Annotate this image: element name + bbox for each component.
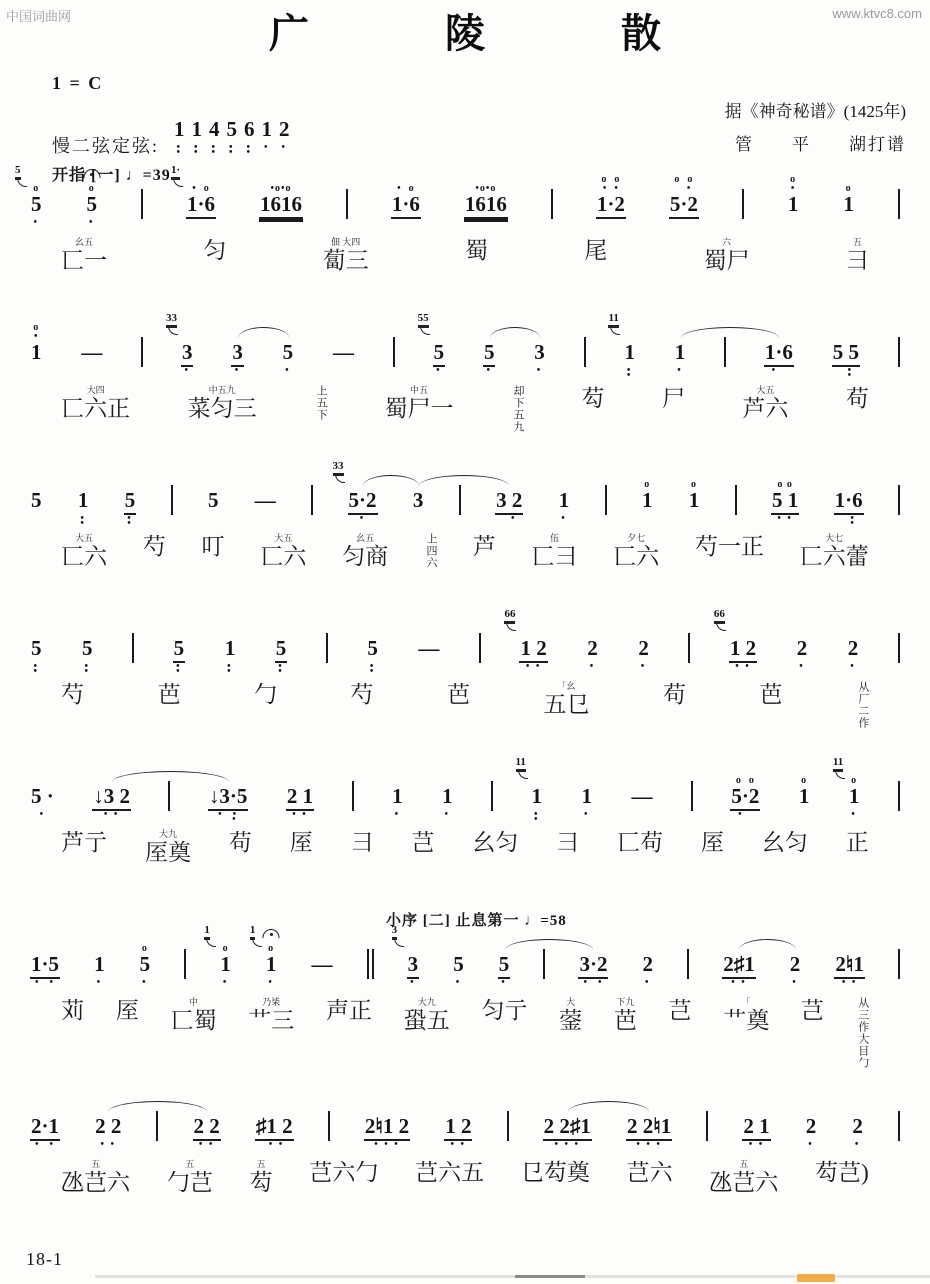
jianpu-note: 2♮1 2• • • [364,1093,410,1155]
jianpu-note: 1•• [77,467,90,529]
tablature-glyph: 尸 [662,385,685,412]
jianpu-note: 5 ·• [30,763,55,825]
tablature-annotation: 大五 [274,533,292,543]
guqin-tablature-line: 大四匸六正中五九菜匀三上五下中五蜀尸一却下五九芶尸大五芦六苟 [61,385,869,443]
jianpu-note: 3•3 [407,931,420,993]
tablature-glyph: 叮 [202,533,225,560]
octave-marks-below: • • [100,1139,116,1155]
note-value: ↓3 2 [92,785,131,809]
note-value: 5·2 [730,785,760,809]
note-value: 2 [805,1115,818,1139]
tablature-glyph: 匀 [203,237,226,264]
tablature-glyph: 厔 [701,829,724,856]
note-value: — [630,785,653,809]
jianpu-note: 2 1• • [742,1093,770,1155]
tablature-side-note: 却下五九 [511,385,524,433]
octave-marks-below: •• [534,809,540,825]
tablature-glyph: 芑六五 [415,1159,484,1186]
note-value: 1 [842,193,855,217]
octave-marks-below: •• [177,142,183,158]
note-value: 3 [231,341,244,365]
note-value: 3 [181,341,194,365]
tablature-glyph: 佃 大四蔔三 [323,237,369,274]
tablature-glyph: 幺匀 [472,829,518,856]
octave-marks-below: • [360,513,366,529]
octave-marks-below: •• [278,661,284,677]
octave-marks-below: • • [35,977,55,993]
tablature-glyph: 苟 [663,681,686,708]
note-value: 2·1 [30,1115,60,1139]
jianpu-note: ↓3 2• • [92,763,131,825]
tablature-glyph: 芑 [801,997,824,1024]
grace-note: 33 [166,313,177,326]
tablature-glyph: 中匸蜀 [171,997,217,1034]
tablature-annotation: 大 [566,997,575,1007]
jianpu-note: • o1·6 [391,171,421,233]
octave-marks-below: • • • [554,1139,580,1155]
octave-marks-below: • [97,977,103,993]
jianpu-note: •o•o1616 [464,171,508,233]
jianpu-note: 5• [282,319,295,381]
tablature-glyph: 大九蛩五 [404,997,450,1034]
jianpu-note: ♯1 2 • • [255,1093,294,1155]
note-value: 5 [85,193,98,217]
jianpu-line: o•1—3•333•5•—5•555•3•1••111•1·6• 5 5 • • [26,317,904,381]
jianpu-note: o o5·2• [730,763,760,825]
octave-marks-below: •• [80,513,86,529]
note-value: 5 [483,341,496,365]
octave-marks-below: • [410,977,416,993]
note-value: 1·6 [764,341,794,365]
octave-marks-below: •• [85,661,91,677]
jianpu-note: 1• [558,467,571,529]
barline [584,337,586,367]
jianpu-note: 5•• [275,615,288,677]
tablature-glyph: 芭 [158,681,181,708]
jianpu-line: o5•5o5•• o1·61·•o•o1616• o1·6•o•o1616o o… [26,169,904,233]
tablature-annotation: 伍 [550,533,559,543]
tablature-annotation: 五 [257,1159,266,1169]
music-system: 2·1• •2 2• •2 2• •♯1 2 • •2♮1 2• • •1 2•… [26,1091,904,1217]
octave-marks-below: • [89,217,95,233]
octave-marks-below: • [501,977,507,993]
octave-marks-below: • • [35,1139,55,1155]
jianpu-note: o1•1 [219,931,232,993]
jianpu-note: 1• [93,931,106,993]
jianpu-note: • o1·61· [186,171,216,233]
jianpu-note: 1•• [173,96,186,158]
tablature-annotation: 佃 大四 [331,237,360,247]
music-system: o•1—3•333•5•—5•555•3•1••111•1·6• 5 5 • •… [26,317,904,443]
barline [141,337,143,367]
note-value: 6 [243,118,256,142]
jianpu-note: 2• [796,615,809,677]
note-value: 1 [641,489,654,513]
tablature-annotation: 幺五 [75,237,93,247]
tablature-annotation: 五 [185,1159,194,1169]
tablature-annotation: 大七 [825,533,843,543]
tablature-glyph: 蜀 [465,237,488,264]
tablature-annotation: 幺五 [356,533,374,543]
barline [706,1111,708,1141]
note-value: 2♮1 [834,953,865,977]
octave-marks-below: • • • [218,809,238,825]
barline [479,633,481,663]
jianpu-note: 1•• [224,615,237,677]
note-value: 5 [81,637,94,661]
grace-note: 11 [833,757,843,770]
note-value: 5 [282,341,295,365]
tablature-glyph: 尾 [584,237,607,264]
music-system: 5 ·•↓3 2• •↓3·5• • •2 1• •1•1•1••111•—o … [26,761,904,887]
octave-marks-below: •• [127,513,133,529]
jianpu-note: 4•• [208,96,221,158]
octave-marks-below: • • [292,809,308,825]
barline [491,781,493,811]
barline [393,337,395,367]
jianpu-note: o•1 [30,319,43,381]
octave-marks-below: • • [526,661,542,677]
note-value: 2 [278,118,291,142]
barline [132,633,134,663]
tablature-side-note: 上四六 [424,533,437,569]
jianpu-note: 2• [789,931,802,993]
transcriber-text: 管 平 湖打谱 [725,130,906,155]
jianpu-note: ↓3·5• • • [208,763,249,825]
jianpu-note: 1·5• • [30,931,60,993]
octave-marks-below: •• [229,142,235,158]
note-value: ↓3·5 [208,785,249,809]
jianpu-note: o5• [85,171,98,233]
octave-marks-below: • [33,217,39,233]
tablature-glyph: 幺五匸一 [61,237,107,274]
jianpu-note: 5•• [366,615,379,677]
octave-marks-below: • [223,977,229,993]
tablature-glyph: 五氹芑六 [709,1159,778,1196]
jianpu-note: 2 2• • [94,1093,122,1155]
jianpu-note: 1·6• [764,319,794,381]
note-value: 2 1 [286,785,314,809]
jianpu-note: 1• [441,763,454,825]
slur-arc [490,327,540,338]
note-value: 2 2 [193,1115,221,1139]
barline [735,485,737,515]
note-value: 1616 [464,193,508,217]
barline [898,781,900,811]
jianpu-note: 5 [207,467,220,529]
octave-marks-below: • • [199,1139,215,1155]
tablature-glyph: 厔 [290,829,313,856]
tablature-glyph: 中五九菜匀三 [188,385,257,422]
octave-marks-below: • [268,977,274,993]
tablature-glyph: 伍匸彐 [531,533,577,570]
note-value: 5 [173,637,186,661]
jianpu-note: 2 2• • [193,1093,221,1155]
tablature-annotation: 大五 [756,385,774,395]
note-value: 5 [124,489,137,513]
tablature-glyph: 大四匸六正 [61,385,130,422]
dash-note: — [630,763,653,825]
tablature-glyph: 芑六 [627,1159,673,1186]
barline [688,633,690,663]
note-value: 5 1 [771,489,799,513]
jianpu-note: 1•• [191,96,204,158]
octave-marks-below: • [799,661,805,677]
octave-marks-below: • [445,809,451,825]
barline [328,1111,330,1141]
octave-marks-below: • • [777,513,793,529]
note-value: 1 2 [729,637,757,661]
note-value: — [332,341,355,365]
tablature-glyph: 下九芭 [614,997,637,1034]
octave-marks-below: • • [583,977,603,993]
jianpu-note: 5•• [226,96,239,158]
jianpu-note: 5 5 • • [832,319,860,381]
tablature-glyph: 勹 [254,681,277,708]
jianpu-note: 2• [847,615,860,677]
tablature-annotation: 六 [722,237,731,247]
tablature-glyph: 声正 [326,997,372,1024]
jianpu-line: 1·5• •1•o5•o1•1o1•1—3•35•5•3·2• •2•2♯1• … [26,929,904,993]
tablature-glyph: 上四六 [424,533,437,569]
jianpu-note: 1• [261,96,274,158]
tablature-glyph: 乃枈艹三 [248,997,294,1034]
jianpu-note: o5•5 [30,171,43,233]
tablature-annotation: 「幺 [557,681,575,691]
grace-note: 1 [204,925,210,938]
note-value: 1 [558,489,571,513]
octave-marks-below: • [645,977,651,993]
octave-marks-below: • [436,365,442,381]
tablature-annotation: 大四 [87,385,105,395]
note-value: 3 [412,489,425,513]
octave-marks-below: • [537,365,543,381]
octave-marks-below: • [502,513,517,529]
note-value: 2 [642,953,655,977]
barline [171,485,173,515]
barline [346,189,348,219]
note-value: 1 2 [519,637,547,661]
octave-marks-below: • [285,365,291,381]
note-value: 5 [30,489,43,513]
tuning-notes: 1••1••4••5••6••1•2• [173,96,291,158]
note-value: 1 [688,489,701,513]
grace-note: 11 [516,757,526,770]
grace-note: 1· [171,165,180,178]
tablature-glyph: 匀亍 [481,997,527,1024]
octave-marks-below: •• [247,142,253,158]
note-value: 3 [407,953,420,977]
note-value: 1 2 [444,1115,472,1139]
octave-marks-below: • [456,977,462,993]
note-value: 2 1 [742,1115,770,1139]
tablature-side-note: 从三作大目勹 [856,997,869,1069]
grace-note: 3 [392,925,398,938]
barline [898,337,900,367]
jianpu-note: 5• [452,931,465,993]
note-value: 2 [796,637,809,661]
octave-marks-below: •• [176,661,182,677]
fermata-icon [83,169,100,178]
source-text: 据《神奇秘谱》(1425年) [725,97,906,122]
octave-marks-below: • [792,977,798,993]
octave-marks-below: • • • [636,1139,662,1155]
note-value: 1 [531,785,544,809]
octave-marks-below: • [808,1139,814,1155]
tablature-glyph: 「幺五㔾 [543,681,589,718]
note-value: 1 [441,785,454,809]
grace-note: 5 [15,165,21,178]
jianpu-note: 2·1• • [30,1093,60,1155]
jianpu-note: 5• [483,319,496,381]
tablature-annotation: 大九 [159,829,177,839]
barline [507,1111,509,1141]
jianpu-note: 2• [586,615,599,677]
note-value: 2 2♯1 [543,1115,592,1139]
grace-note: 55 [418,313,429,326]
barline [898,1111,900,1141]
note-value: 5 [433,341,446,365]
grace-note: 66 [504,609,515,622]
tablature-glyph: 却下五九 [511,385,524,433]
tablature-glyph: 幺匀 [762,829,808,856]
tablature-glyph: 芭 [759,681,782,708]
dash-note: — [254,467,277,529]
jianpu-note: o•1 [787,171,800,233]
tablature-glyph: 芦亍 [61,829,107,856]
jianpu-note: 5•55 [433,319,446,381]
barline [898,633,900,663]
barline [898,189,900,219]
octave-marks-below: • [486,365,492,381]
tablature-glyph: 彐 [556,829,579,856]
note-value: 5 [30,193,43,217]
fermata-icon [263,929,280,938]
guqin-tablature-line: 幺五匸一匀佃 大四蔔三蜀尾六蜀尸五彐 [61,237,869,295]
tablature-glyph: 五彐 [846,237,869,274]
barline [687,949,689,979]
tablature-annotation: 乃枈 [262,997,280,1007]
note-value: 1 [173,118,186,142]
tablature-glyph: 六蜀尸 [704,237,750,274]
note-value: 1 [798,785,811,809]
jianpu-note: 5• [498,931,511,993]
watermark-fragment [797,1274,835,1282]
tablature-glyph: 芶芑) [815,1159,869,1186]
jianpu-note: 2• [637,615,650,677]
tablature-glyph: 匸苟 [617,829,663,856]
jianpu-note: 5•• [30,615,43,677]
tablature-glyph: 苟 [846,385,869,412]
barline [326,633,328,663]
tablature-glyph: 「艹奠 [723,997,769,1034]
barline [311,485,313,515]
tablature-glyph: 大蓥 [559,997,582,1034]
section-label: 小序 [二] 止息第一 ♩=58 [386,909,904,929]
page-number: 18-1 [26,1249,63,1270]
jianpu-note: o1 [688,467,701,529]
note-value: — [310,953,333,977]
note-value: 2♯1 [722,953,756,977]
jianpu-note: o1 [641,467,654,529]
jianpu-note: 5•• [81,615,94,677]
tablature-glyph: 芍 [143,533,166,560]
tablature-annotation: 夕七 [627,533,645,543]
tablature-glyph: 苅 [61,997,84,1024]
tablature-glyph: 芍一正 [695,533,764,560]
note-value: 5 [207,489,220,513]
tablature-glyph: 从厂二作 [856,681,869,729]
jianpu-note: 2• [642,931,655,993]
jianpu-note: o1•11 [848,763,861,825]
music-system: 小序 [二] 止息第一 ♩=581·5• •1•o5•o1•1o1•1—3•35… [26,909,904,1069]
jianpu-note: o1•1 [265,931,278,993]
music-system: o5•5o5•• o1·61·•o•o1616• o1·6•o•o1616o o… [26,169,904,295]
jianpu-note: 3 2 • [495,467,523,529]
note-value: 1 [623,341,636,365]
note-value: ♯1 2 [255,1115,294,1139]
scrollbar-handle[interactable] [515,1275,585,1278]
octave-marks-below: • [395,809,401,825]
octave-marks-below: • [738,809,753,825]
barline [691,781,693,811]
note-value: 1 [191,118,204,142]
tablature-side-note: 从厂二作 [856,681,869,729]
tablature-glyph: 正 [846,829,869,856]
note-value: 5 · [30,785,55,809]
note-value: 1 [848,785,861,809]
score-area: o5•5o5•• o1·61·•o•o1616• o1·6•o•o1616o o… [0,169,930,1217]
jianpu-note: 1 2• •66 [729,615,757,677]
octave-marks-below: • [677,365,683,381]
tablature-glyph: 㔾芶奠 [521,1159,590,1186]
octave-marks-below: • [584,809,590,825]
jianpu-note: 5 [30,467,43,529]
note-value: 5 [30,637,43,661]
jianpu-note: 2• [851,1093,864,1155]
jianpu-note: 6•• [243,96,256,158]
dash-note: — [332,319,355,381]
note-value: 1·2 [596,193,626,217]
barline [605,485,607,515]
tablature-glyph: 芭 [447,681,470,708]
jianpu-note: 5•• [173,615,186,677]
tablature-glyph: 五氹芑六 [61,1159,130,1196]
note-value: 1 [219,953,232,977]
note-value: 1·6 [834,489,864,513]
octave-marks-below: • [282,142,288,158]
note-value: — [417,637,440,661]
jianpu-note: 1• [674,319,687,381]
tablature-glyph: 芑六勹 [309,1159,378,1186]
guqin-tablature-line: 大五匸六芍叮大五匸六幺五匀商上四六芦伍匸彐夕七匸六芍一正大七匸六蕾 [61,533,869,591]
octave-marks-below: • [850,661,856,677]
note-value: 5 [226,118,239,142]
note-value: 5·2 [669,193,699,217]
jianpu-note: o o5 1• • [771,467,799,529]
jianpu-note: 2• [805,1093,818,1155]
note-value: 2 [586,637,599,661]
tablature-glyph: 大五匸六 [61,533,107,570]
jianpu-note: 2• [278,96,291,158]
jianpu-note: 5•• [124,467,137,529]
barline [551,189,553,219]
note-value: 1 [261,118,274,142]
note-value: 5 [498,953,511,977]
note-value: 2 2 [94,1115,122,1139]
octave-marks-below: • [590,661,596,677]
octave-marks-below: • [142,977,148,993]
